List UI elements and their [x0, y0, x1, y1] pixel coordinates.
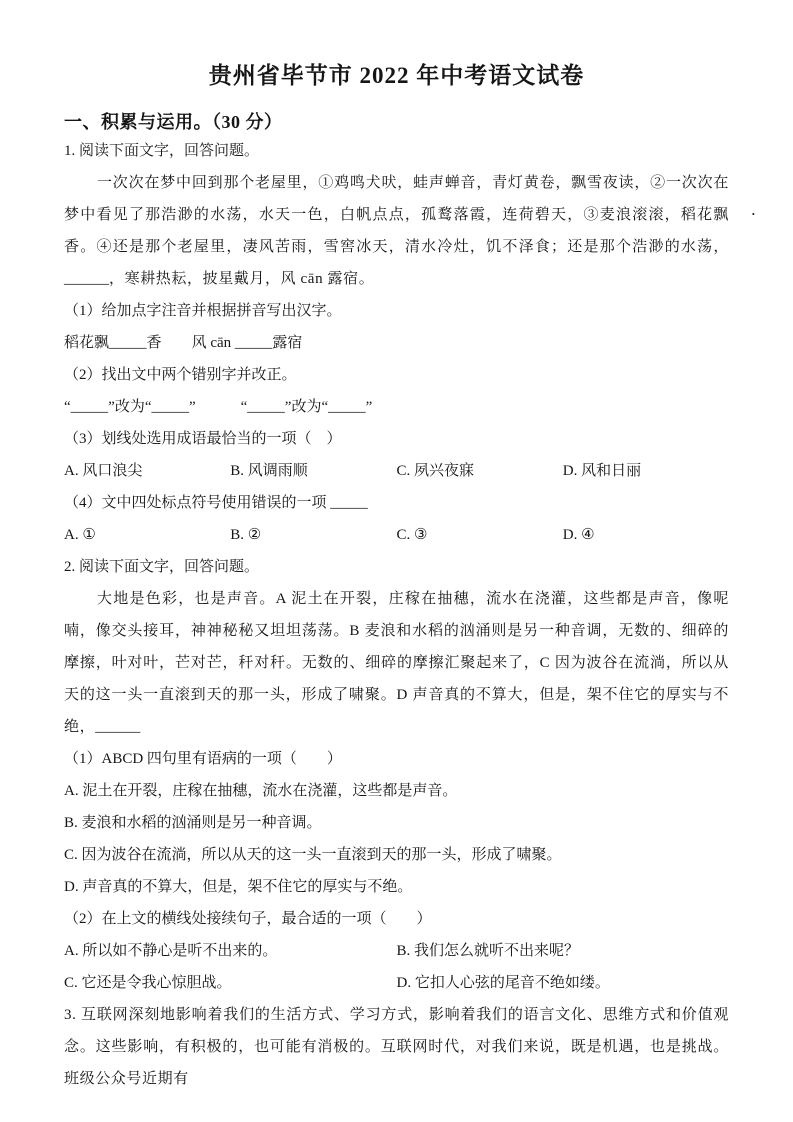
- q2-sub1-label: （1）ABCD 四句里有语病的一项（ ）: [64, 743, 729, 775]
- q2-sub2-options-row-1: A. 所以如不静心是听不出来的。 B. 我们怎么就听不出来呢？: [64, 935, 729, 967]
- question-3-text: 3. 互联网深刻地影响着我们的生活方式、学习方式，影响着我们的语言文化、思维方式…: [64, 999, 729, 1095]
- q1-passage-emphasized-char: 飘: [713, 207, 729, 223]
- q1-sub3-option-d: D. 风和日丽: [563, 455, 729, 487]
- q1-sub3-option-a: A. 风口浪尖: [64, 455, 230, 487]
- q1-sub2-label: （2）找出文中两个错别字并改正。: [64, 359, 729, 391]
- q1-sub1-label: （1）给加点字注音并根据拼音写出汉字。: [64, 295, 729, 327]
- q1-sub4-option-d: D. ④: [563, 519, 729, 551]
- q2-sub1-option-b: B. 麦浪和水稻的汹涌则是另一种音调。: [64, 807, 729, 839]
- q1-passage-text-2: 香。④还是那个老屋里，凄风苦雨，雪窖冰天，清水冷灶，饥不泽食；还是那个浩渺的水荡…: [64, 239, 729, 255]
- q1-sub4-line: （4）文中四处标点符号使用错误的一项 _____: [64, 487, 729, 519]
- q2-sub2-option-b: B. 我们怎么就听不出来呢？: [397, 935, 730, 967]
- question-1: 1. 阅读下面文字，回答问题。 一次次在梦中回到那个老屋里，①鸡鸣犬吠，蛙声蝉音…: [64, 135, 729, 551]
- q1-passage-text-1: 一次次在梦中回到那个老屋里，①鸡鸣犬吠，蛙声蝉音，青灯黄卷，飘雪夜读，②一次次在…: [64, 175, 729, 223]
- q2-sub2-option-c: C. 它还是令我心惊胆战。: [64, 967, 397, 999]
- q1-sub3-label: （3）划线处选用成语最恰当的一项（ ）: [64, 423, 729, 455]
- q2-sub1-option-c: C. 因为波谷在流淌，所以从天的这一头一直滚到天的那一头，形成了啸聚。: [64, 839, 729, 871]
- q2-sub1-option-d: D. 声音真的不算大，但是，架不住它的厚实与不绝。: [64, 871, 729, 903]
- q2-passage-text: 大地是色彩，也是声音。A 泥土在开裂，庄稼在抽穗，流水在浇灌，这些都是声音，像呢…: [64, 591, 729, 735]
- q1-sub4-options: A. ① B. ② C. ③ D. ④: [64, 519, 729, 551]
- section-heading: 一、积累与运用。（30 分）: [64, 109, 729, 135]
- q2-passage: 大地是色彩，也是声音。A 泥土在开裂，庄稼在抽穗，流水在浇灌，这些都是声音，像呢…: [64, 583, 729, 743]
- q2-sub1-option-a: A. 泥土在开裂，庄稼在抽穗，流水在浇灌，这些都是声音。: [64, 775, 729, 807]
- q1-passage-blank: ______: [64, 271, 109, 287]
- q2-sub2-options-row-2: C. 它还是令我心惊胆战。 D. 它扣人心弦的尾音不绝如缕。: [64, 967, 729, 999]
- q1-sub1-pre: 稻花: [64, 335, 94, 351]
- q1-passage: 一次次在梦中回到那个老屋里，①鸡鸣犬吠，蛙声蝉音，青灯黄卷，飘雪夜读，②一次次在…: [64, 167, 729, 295]
- q1-sub1-mid: 香: [147, 335, 162, 351]
- q1-sub2-correction-line: “_____”改为“_____” “_____”改为“_____”: [64, 391, 729, 423]
- q1-sub1-answer-line: 稻花飘_____香 风 cān _____露宿: [64, 327, 729, 359]
- exam-document-page: 贵州省毕节市 2022 年中考语文试卷 一、积累与运用。（30 分） 1. 阅读…: [0, 0, 793, 1095]
- q1-sub3-options: A. 风口浪尖 B. 风调雨顺 C. 夙兴夜寐 D. 风和日丽: [64, 455, 729, 487]
- q1-sub4-option-a: A. ①: [64, 519, 230, 551]
- q2-sub2-label: （2）在上文的横线处接续句子，最合适的一项（ ）: [64, 903, 729, 935]
- q1-sub3-option-c: C. 夙兴夜寐: [397, 455, 563, 487]
- q1-sub1-post: 露宿: [272, 335, 302, 351]
- q1-sub1-blank-2: _____: [235, 335, 273, 351]
- q1-stem: 1. 阅读下面文字，回答问题。: [64, 135, 729, 167]
- q1-sub4-blank: _____: [330, 495, 368, 511]
- q1-sub3-option-b: B. 风调雨顺: [230, 455, 396, 487]
- q1-sub4-option-c: C. ③: [397, 519, 563, 551]
- q2-stem: 2. 阅读下面文字，回答问题。: [64, 551, 729, 583]
- q1-sub1-second: 风 cān: [192, 335, 235, 351]
- question-2: 2. 阅读下面文字，回答问题。 大地是色彩，也是声音。A 泥土在开裂，庄稼在抽穗…: [64, 551, 729, 999]
- q1-sub4-label: （4）文中四处标点符号使用错误的一项: [64, 495, 330, 511]
- q1-sub1-spacer: [162, 335, 192, 351]
- q1-passage-text-3: ，寒耕热耘，披星戴月，风 cān 露宿。: [109, 271, 374, 287]
- q2-passage-blank: ______: [95, 719, 140, 735]
- q1-sub4-option-b: B. ②: [230, 519, 396, 551]
- q2-sub2-option-a: A. 所以如不静心是听不出来的。: [64, 935, 397, 967]
- q1-sub1-emphasized-char: 飘: [94, 335, 109, 351]
- q1-sub1-blank-1: _____: [109, 335, 147, 351]
- q2-sub2-option-d: D. 它扣人心弦的尾音不绝如缕。: [397, 967, 730, 999]
- page-title: 贵州省毕节市 2022 年中考语文试卷: [64, 60, 729, 92]
